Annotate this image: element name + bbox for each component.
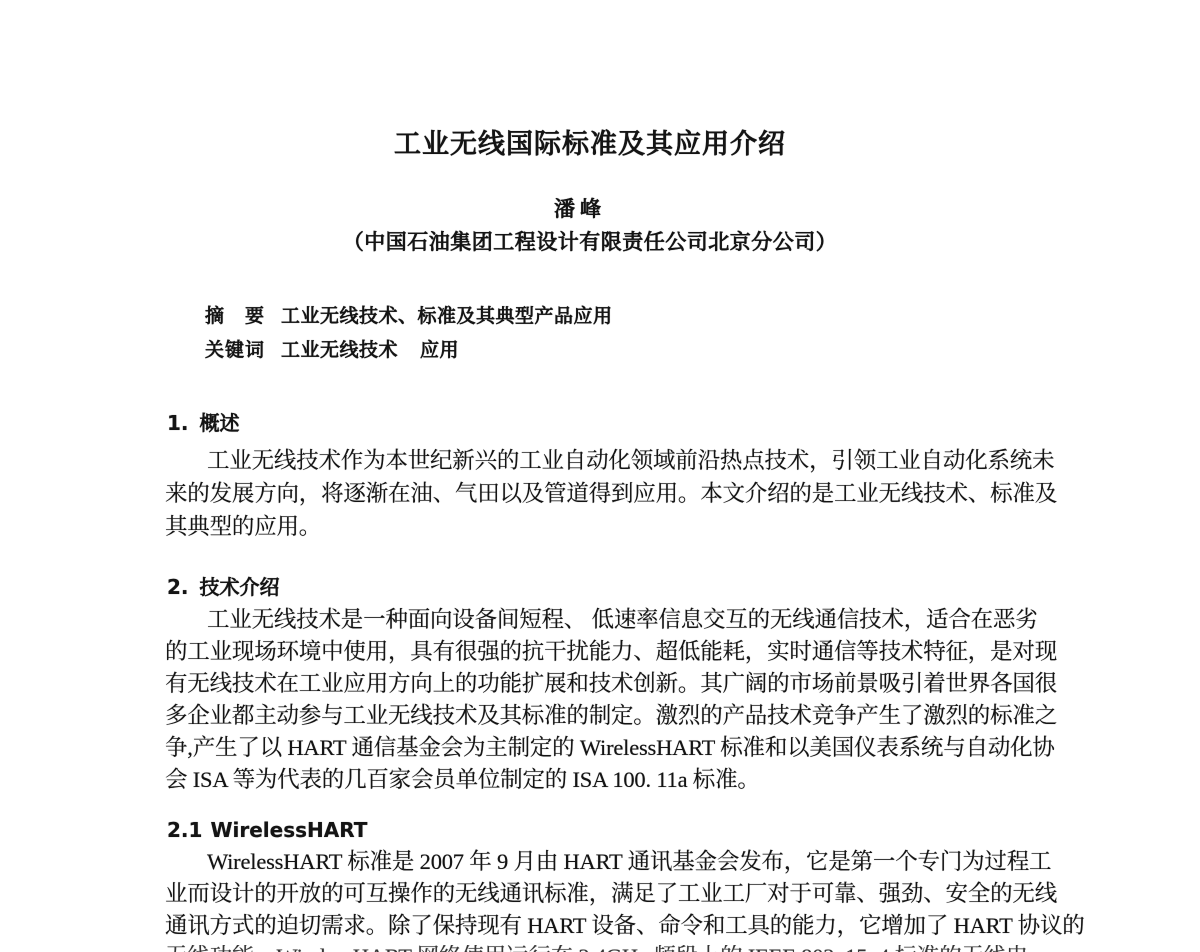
paragraph-line: WirelessHART 标准是 2007 年 9 月由 HART 通讯基金会发…	[165, 850, 1051, 875]
paragraph-line: 来的发展方向，将逐渐在油、气田以及管道得到应用。本文介绍的是工业无线技术、标准及	[165, 482, 1057, 507]
paragraph-line: 的工业现场环境中使用，具有很强的抗干扰能力、超低能耗，实时通信等技术特征，是对现	[165, 640, 1057, 665]
paragraph-line: 其典型的应用。	[165, 515, 321, 540]
section-2-1-heading: 2.1WirelessHART	[167, 820, 367, 840]
paragraph-line-clipped: 无线功能。WirelessHART 网络使用运行在 2.4GHz 频段上的 IE…	[165, 945, 1028, 952]
section-1-title: 概述	[200, 411, 240, 435]
paragraph-line: 有无线技术在工业应用方向上的功能扩展和技术创新。其广阔的市场前景吸引着世界各国很	[165, 672, 1057, 697]
author-name: 潘峰	[0, 199, 1160, 220]
section-2-1-title: WirelessHART	[210, 818, 367, 842]
paragraph-line: 业而设计的开放的可互操作的无线通讯标准，满足了工业工厂对于可靠、强劲、安全的无线	[165, 882, 1057, 907]
section-2-title: 技术介绍	[200, 575, 280, 599]
paragraph-line: 会 ISA 等为代表的几百家会员单位制定的 ISA 100. 11a 标准。	[165, 768, 760, 793]
section-2-heading: 2.技术介绍	[167, 577, 280, 597]
section-2-1-number: 2.1	[167, 818, 202, 842]
section-1-number: 1.	[167, 411, 189, 435]
keywords-label: 关键词	[205, 339, 265, 361]
paragraph-line: 多企业都主动参与工业无线技术及其标准的制定。激烈的产品技术竞争产生了激烈的标准之	[165, 704, 1057, 729]
paragraph-line: 工业无线技术是一种面向设备间短程、 低速率信息交互的无线通信技术，适合在恶劣	[165, 608, 1038, 633]
paragraph-line: 工业无线技术作为本世纪新兴的工业自动化领域前沿热点技术，引领工业自动化系统未	[165, 449, 1054, 474]
abstract-row: 摘 要工业无线技术、标准及其典型产品应用	[205, 307, 613, 326]
paper-title: 工业无线国际标准及其应用介绍	[0, 131, 1180, 158]
author-affiliation: （中国石油集团工程设计有限责任公司北京分公司）	[0, 230, 1180, 255]
keyword-item-1: 工业无线技术	[281, 339, 398, 361]
section-1-heading: 1.概述	[167, 413, 240, 433]
scanned-paper-page: 工业无线国际标准及其应用介绍 潘峰 （中国石油集团工程设计有限责任公司北京分公司…	[0, 0, 1200, 952]
abstract-label: 摘 要	[205, 305, 265, 327]
section-2-number: 2.	[167, 575, 189, 599]
abstract-content: 工业无线技术、标准及其典型产品应用	[281, 305, 613, 327]
keywords-row: 关键词工业无线技术应用	[205, 341, 459, 360]
keyword-item-2: 应用	[420, 339, 459, 361]
paragraph-line: 通讯方式的迫切需求。除了保持现有 HART 设备、命令和工具的能力，它增加了 H…	[165, 914, 1085, 939]
paragraph-line: 争,产生了以 HART 通信基金会为主制定的 WirelessHART 标准和以…	[165, 736, 1055, 761]
